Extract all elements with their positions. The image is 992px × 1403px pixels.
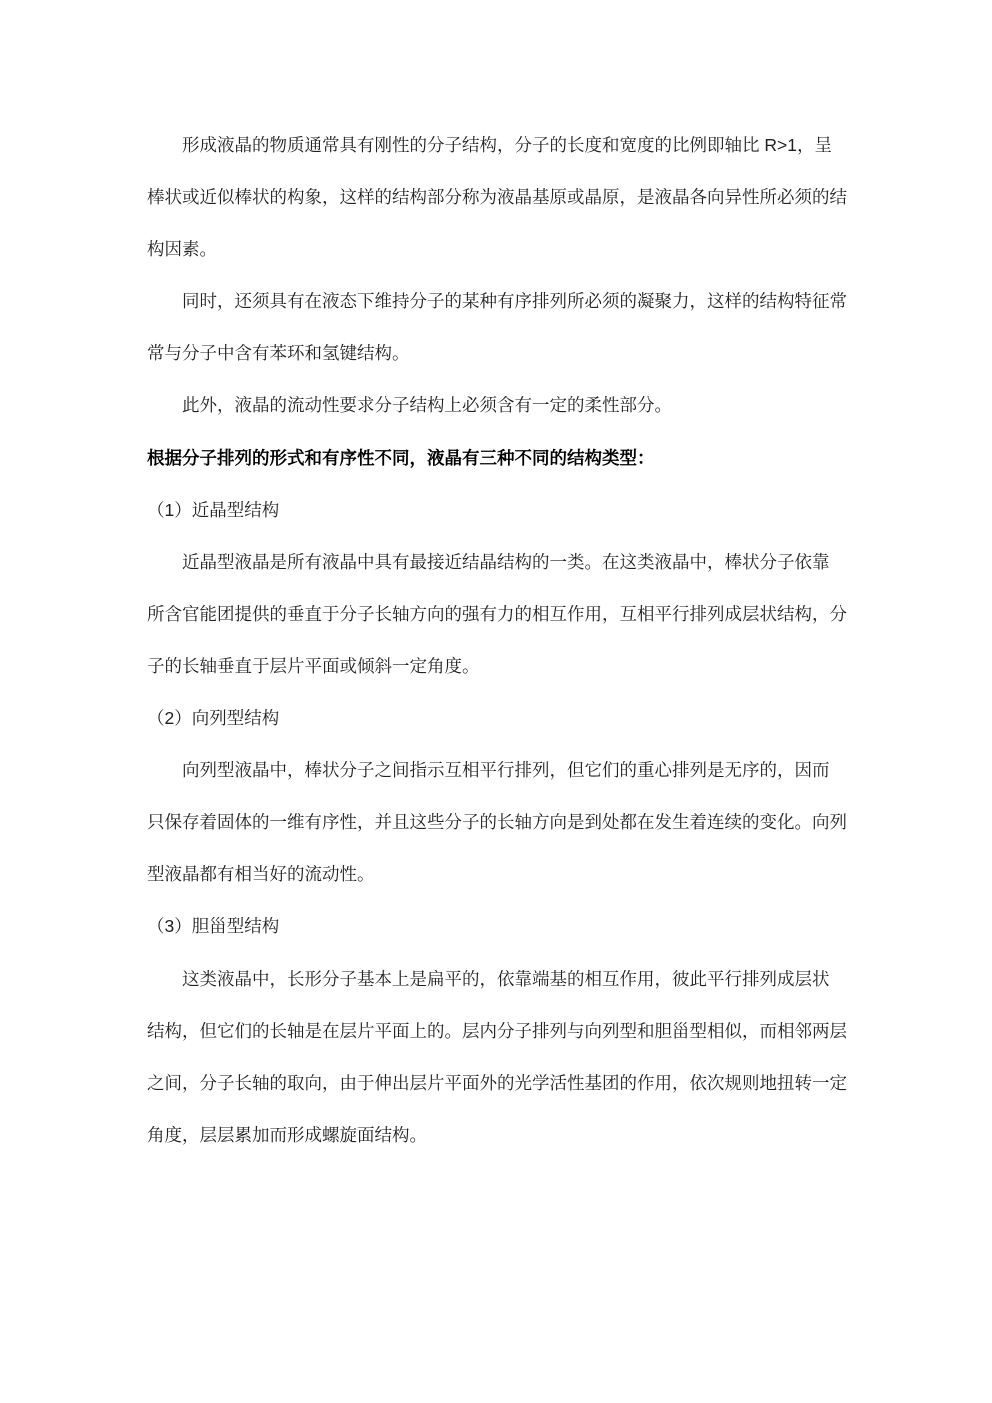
text-line: 之间，分子长轴的取向，由于伸出层片平面外的光学活性基团的作用，依次规则地扭转一定 xyxy=(147,1057,847,1109)
text-line: 常与分子中含有苯环和氢键结构。 xyxy=(147,327,847,379)
text-line: （3）胆甾型结构 xyxy=(147,900,847,952)
text-line: 型液晶都有相当好的流动性。 xyxy=(147,848,847,900)
text-line: 构因素。 xyxy=(147,223,847,275)
text-line: （1）近晶型结构 xyxy=(147,484,847,536)
intro-paragraph-cohesion: 同时，还须具有在液态下维持分子的某种有序排列所必须的凝聚力，这样的结构特征常常与… xyxy=(147,275,847,379)
section-heading-three-types: 根据分子排列的形式和有序性不同，液晶有三种不同的结构类型： xyxy=(147,432,847,484)
intro-paragraph-rigidity: 形成液晶的物质通常具有刚性的分子结构，分子的长度和宽度的比例即轴比 R>1，呈棒… xyxy=(147,119,847,275)
paragraph-cholesteric: 这类液晶中，长形分子基本上是扁平的，依靠端基的相互作用，彼此平行排列成层状结构，… xyxy=(147,953,847,1161)
text-line: 向列型液晶中，棒状分子之间指示互相平行排列，但它们的重心排列是无序的，因而 xyxy=(147,744,847,796)
text-line: （2）向列型结构 xyxy=(147,692,847,744)
text-line: 棒状或近似棒状的构象，这样的结构部分称为液晶基原或晶原，是液晶各向异性所必须的结 xyxy=(147,171,847,223)
subheading-cholesteric: （3）胆甾型结构 xyxy=(147,900,847,952)
subheading-nematic: （2）向列型结构 xyxy=(147,692,847,744)
intro-paragraph-flexibility: 此外，液晶的流动性要求分子结构上必须含有一定的柔性部分。 xyxy=(147,379,847,431)
text-line: 角度，层层累加而形成螺旋面结构。 xyxy=(147,1109,847,1161)
text-line: 根据分子排列的形式和有序性不同，液晶有三种不同的结构类型： xyxy=(147,432,847,484)
text-line: 结构，但它们的长轴是在层片平面上的。层内分子排列与向列型和胆甾型相似，而相邻两层 xyxy=(147,1005,847,1057)
text-line: 形成液晶的物质通常具有刚性的分子结构，分子的长度和宽度的比例即轴比 R>1，呈 xyxy=(147,119,847,171)
text-line: 近晶型液晶是所有液晶中具有最接近结晶结构的一类。在这类液晶中，棒状分子依靠 xyxy=(147,536,847,588)
text-line: 同时，还须具有在液态下维持分子的某种有序排列所必须的凝聚力，这样的结构特征常 xyxy=(147,275,847,327)
text-line: 此外，液晶的流动性要求分子结构上必须含有一定的柔性部分。 xyxy=(147,379,847,431)
paragraph-smectic: 近晶型液晶是所有液晶中具有最接近结晶结构的一类。在这类液晶中，棒状分子依靠所含官… xyxy=(147,536,847,692)
text-line: 这类液晶中，长形分子基本上是扁平的，依靠端基的相互作用，彼此平行排列成层状 xyxy=(147,953,847,1005)
paragraph-nematic: 向列型液晶中，棒状分子之间指示互相平行排列，但它们的重心排列是无序的，因而只保存… xyxy=(147,744,847,900)
subheading-smectic: （1）近晶型结构 xyxy=(147,484,847,536)
document-body: 形成液晶的物质通常具有刚性的分子结构，分子的长度和宽度的比例即轴比 R>1，呈棒… xyxy=(147,119,847,1161)
text-line: 只保存着固体的一维有序性，并且这些分子的长轴方向是到处都在发生着连续的变化。向列 xyxy=(147,796,847,848)
text-line: 所含官能团提供的垂直于分子长轴方向的强有力的相互作用，互相平行排列成层状结构，分 xyxy=(147,588,847,640)
document-page: 形成液晶的物质通常具有刚性的分子结构，分子的长度和宽度的比例即轴比 R>1，呈棒… xyxy=(0,0,992,1403)
text-line: 子的长轴垂直于层片平面或倾斜一定角度。 xyxy=(147,640,847,692)
